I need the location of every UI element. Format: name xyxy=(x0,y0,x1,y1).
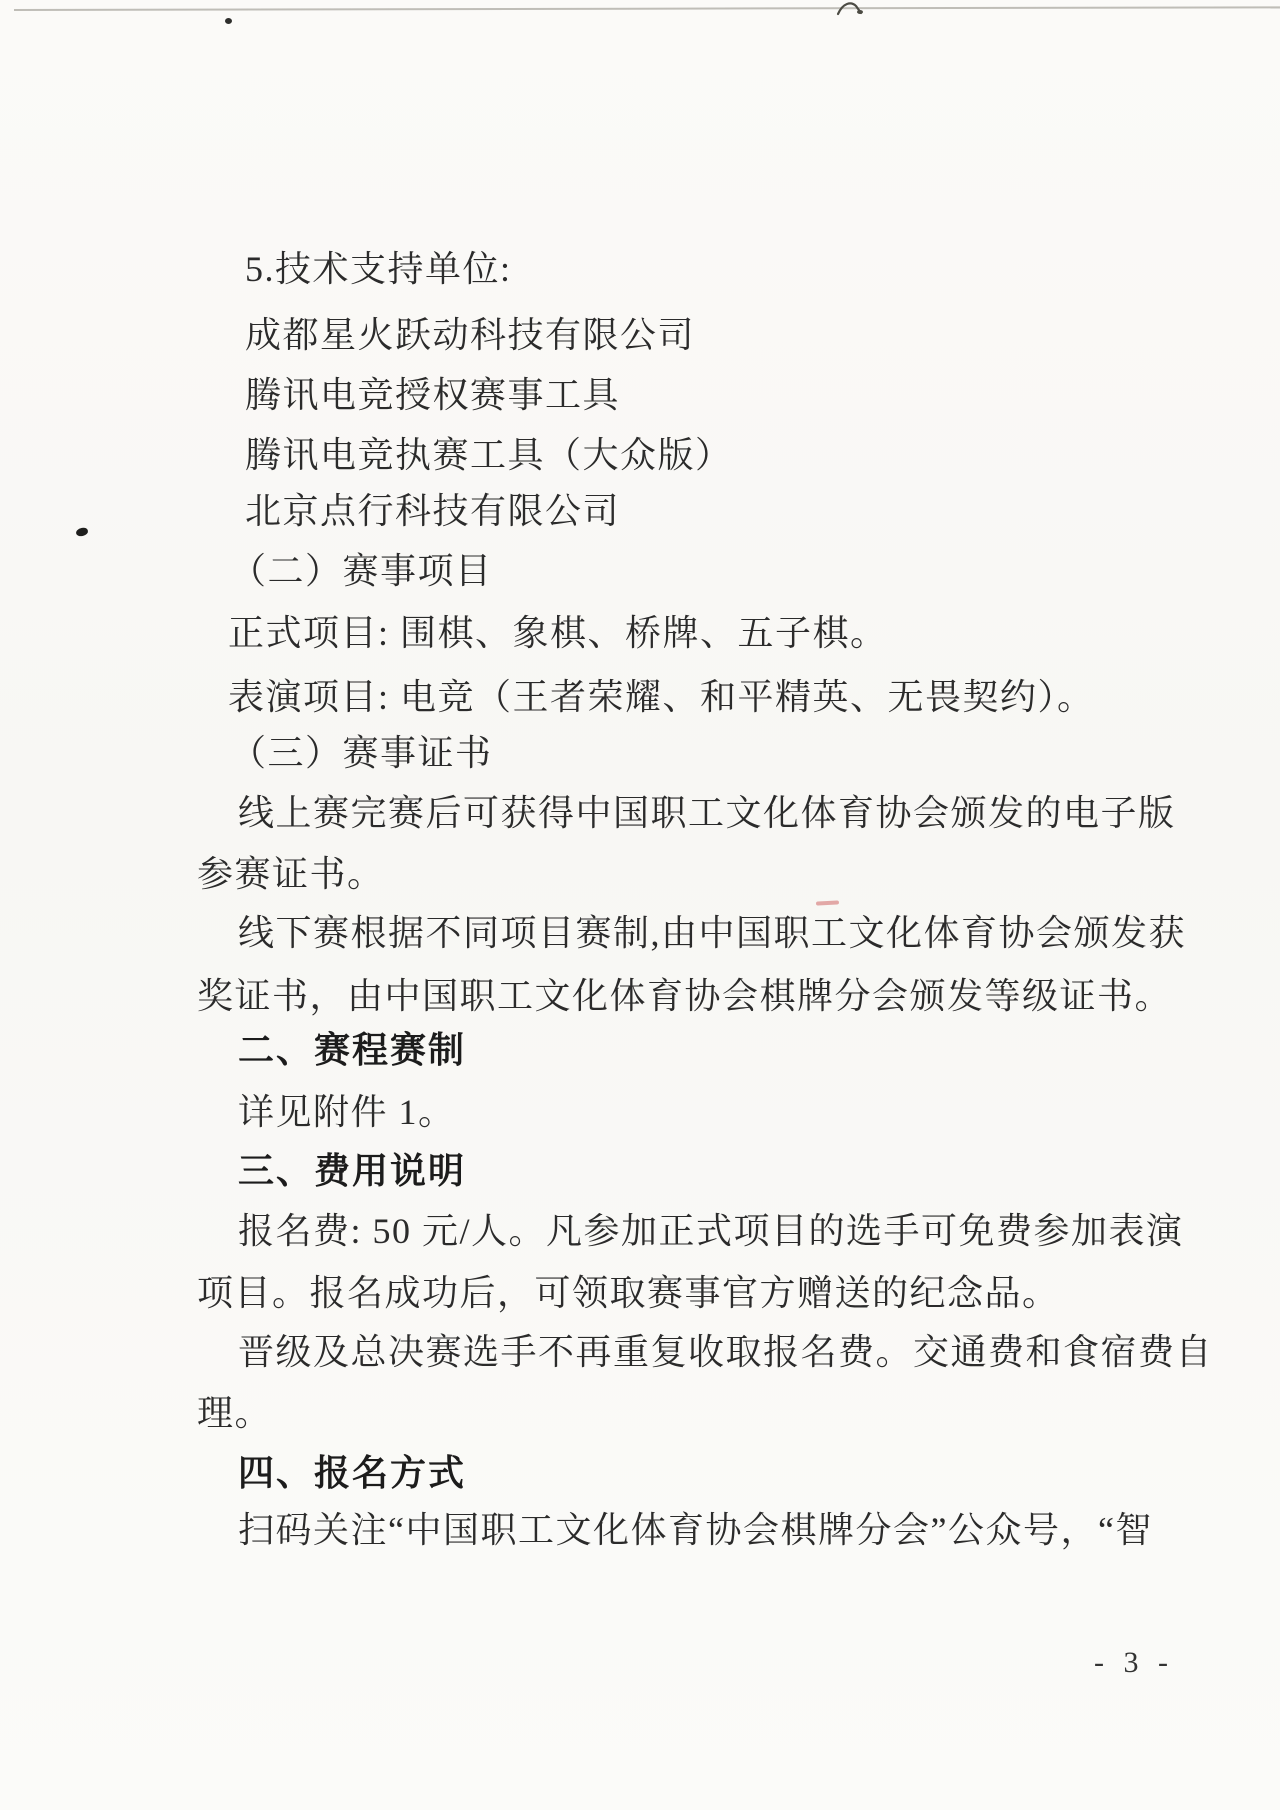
line-exhibition-events: 表演项目: 电竞（王者荣耀、和平精英、无畏契约）。 xyxy=(228,678,1095,716)
line-fee-1: 报名费: 50 元/人。凡参加正式项目的选手可免费参加表演 xyxy=(238,1212,1184,1250)
line-company-beijing: 北京点行科技有限公司 xyxy=(245,492,620,530)
line-registration-scan: 扫码关注“中国职工文化体育协会棋牌分会”公众号，“智 xyxy=(238,1511,1153,1549)
line-company-chengdu: 成都星火跃动科技有限公司 xyxy=(245,316,695,354)
page-number: - 3 - xyxy=(1094,1646,1174,1680)
line-see-attachment: 详见附件 1。 xyxy=(238,1093,456,1131)
line-tencent-tool-2: 腾讯电竞执赛工具（大众版） xyxy=(245,436,733,474)
section-4-registration-heading: 四、报名方式 xyxy=(238,1454,466,1492)
line-online-cert-1: 线上赛完赛后可获得中国职工文化体育协会颁发的电子版 xyxy=(238,794,1176,832)
line-offline-cert-1: 线下赛根据不同项目赛制,由中国职工文化体育协会颁发获 xyxy=(238,914,1186,952)
scanned-document-page: 5.技术支持单位: 成都星火跃动科技有限公司 腾讯电竞授权赛事工具 腾讯电竞执赛… xyxy=(0,0,1280,1810)
line-tech-support-label: 5.技术支持单位: xyxy=(245,250,512,288)
line-official-events: 正式项目: 围棋、象棋、桥牌、五子棋。 xyxy=(228,614,888,652)
section-3-fees-heading: 三、费用说明 xyxy=(238,1152,466,1190)
scan-page-edge-line xyxy=(14,6,1280,11)
pen-scribble-mark xyxy=(836,0,868,18)
line-online-cert-2: 参赛证书。 xyxy=(197,855,385,893)
subsection-3-certificates: （三）赛事证书 xyxy=(230,734,493,772)
line-tencent-tool-1: 腾讯电竞授权赛事工具 xyxy=(245,376,620,414)
line-fee-3: 晋级及总决赛选手不再重复收取报名费。交通费和食宿费自 xyxy=(238,1333,1213,1371)
ink-dot-mark xyxy=(75,527,88,537)
subsection-2-events: （二）赛事项目 xyxy=(230,552,493,590)
red-pen-mark xyxy=(816,900,839,905)
section-2-schedule-heading: 二、赛程赛制 xyxy=(238,1031,466,1069)
ink-dot-mark xyxy=(225,18,232,24)
line-offline-cert-2: 奖证书，由中国职工文化体育协会棋牌分会颁发等级证书。 xyxy=(197,977,1172,1015)
line-fee-4: 理。 xyxy=(197,1394,272,1432)
line-fee-2: 项目。报名成功后，可领取赛事官方赠送的纪念品。 xyxy=(197,1274,1060,1312)
